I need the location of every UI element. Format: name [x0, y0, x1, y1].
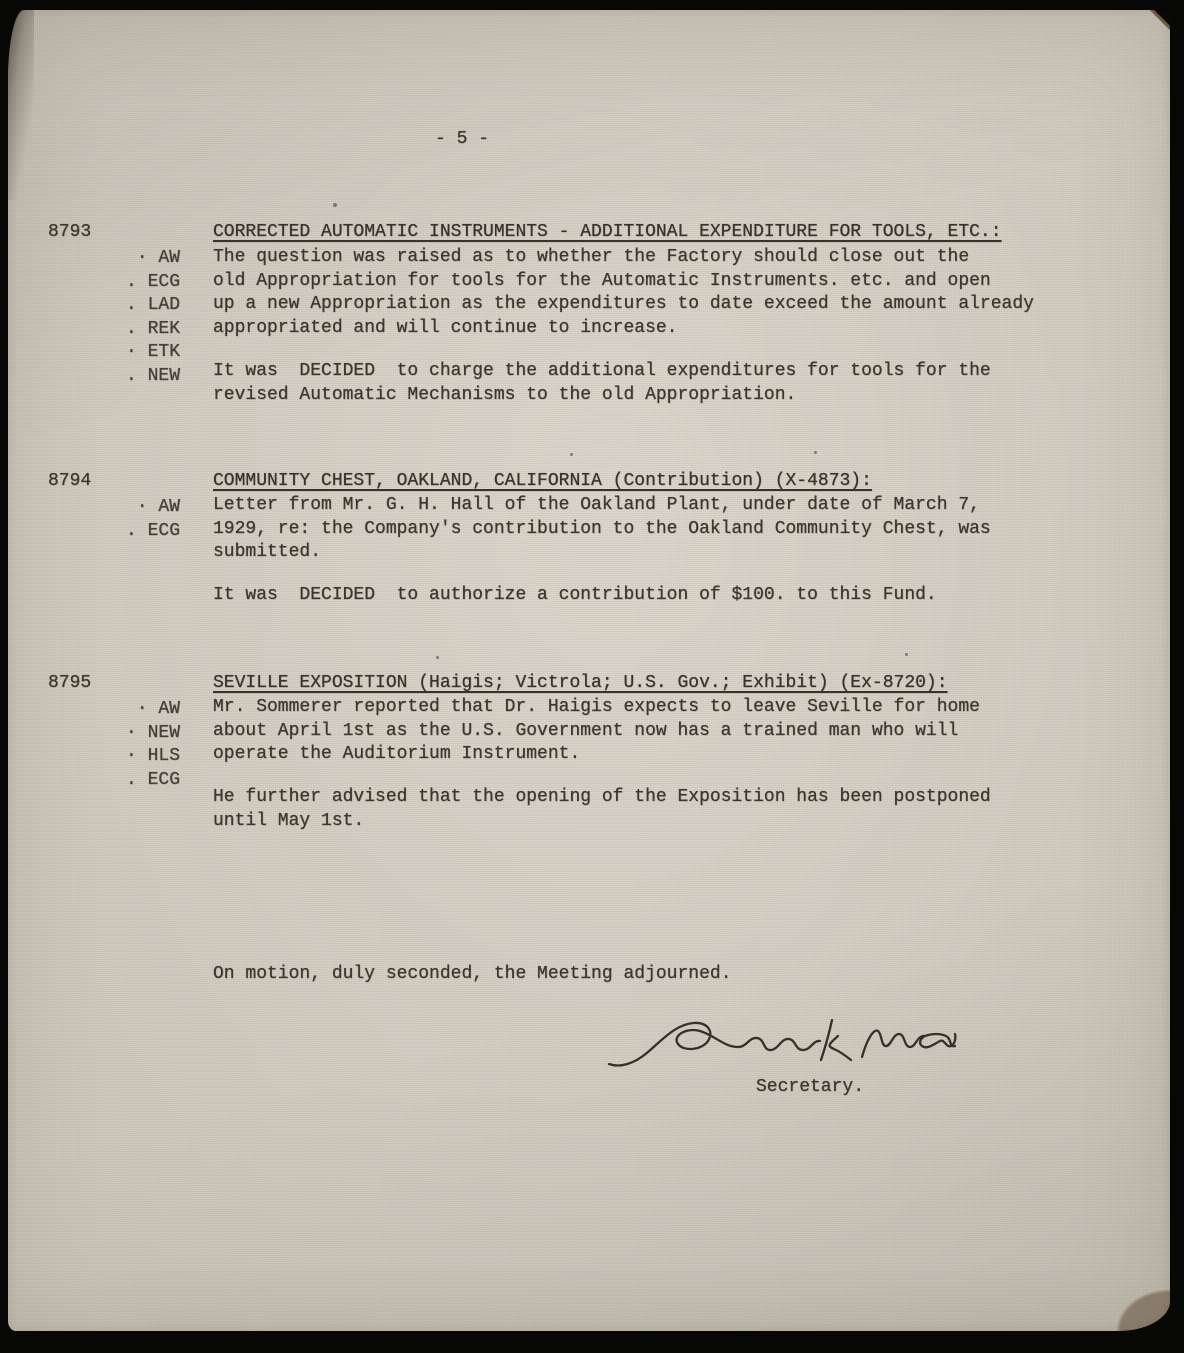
item-paragraph: It was DECIDED to authorize a contributi… — [213, 584, 1093, 608]
signature-ink-icon — [606, 1010, 958, 1076]
ink-speck — [814, 451, 817, 454]
signature: Edward K. MacEwan — [606, 1010, 958, 1076]
item-number: 8793 — [48, 221, 118, 245]
ink-speck — [436, 656, 439, 659]
ink-speck — [333, 203, 337, 207]
initials-column: · AW . ECG — [96, 496, 180, 543]
secretary-title: Secretary. — [756, 1076, 864, 1100]
item-heading: SEVILLE EXPOSITION (Haigis; Victrola; U.… — [213, 672, 1103, 696]
initials-column: · AW · NEW · HLS . ECG — [96, 698, 180, 792]
ink-speck — [905, 653, 908, 656]
clipped-corner — [1142, 10, 1170, 34]
page-number: - 5 - — [435, 128, 489, 152]
item-number: 8794 — [48, 470, 118, 494]
item-heading: CORRECTED AUTOMATIC INSTRUMENTS - ADDITI… — [213, 221, 1103, 245]
item-paragraph: Letter from Mr. G. H. Hall of the Oaklan… — [213, 494, 1093, 565]
item-paragraph: He further advised that the opening of t… — [213, 786, 1093, 833]
initials-column: · AW . ECG . LAD . REK · ETK . NEW — [96, 247, 180, 388]
ink-speck — [570, 453, 573, 456]
item-paragraph: It was DECIDED to charge the additional … — [213, 360, 1093, 407]
scan-shading — [8, 10, 1170, 1331]
page-curl-shadow — [8, 10, 34, 200]
paper-page: - 5 - 8793 CORRECTED AUTOMATIC INSTRUMEN… — [8, 10, 1170, 1331]
item-paragraph: Mr. Sommerer reported that Dr. Haigis ex… — [213, 696, 1093, 767]
adjournment-line: On motion, duly seconded, the Meeting ad… — [213, 963, 1093, 987]
item-heading: COMMUNITY CHEST, OAKLAND, CALIFORNIA (Co… — [213, 470, 1103, 494]
item-number: 8795 — [48, 672, 118, 696]
item-paragraph: The question was raised as to whether th… — [213, 246, 1093, 340]
page-edge-sliver — [1110, 1285, 1170, 1331]
